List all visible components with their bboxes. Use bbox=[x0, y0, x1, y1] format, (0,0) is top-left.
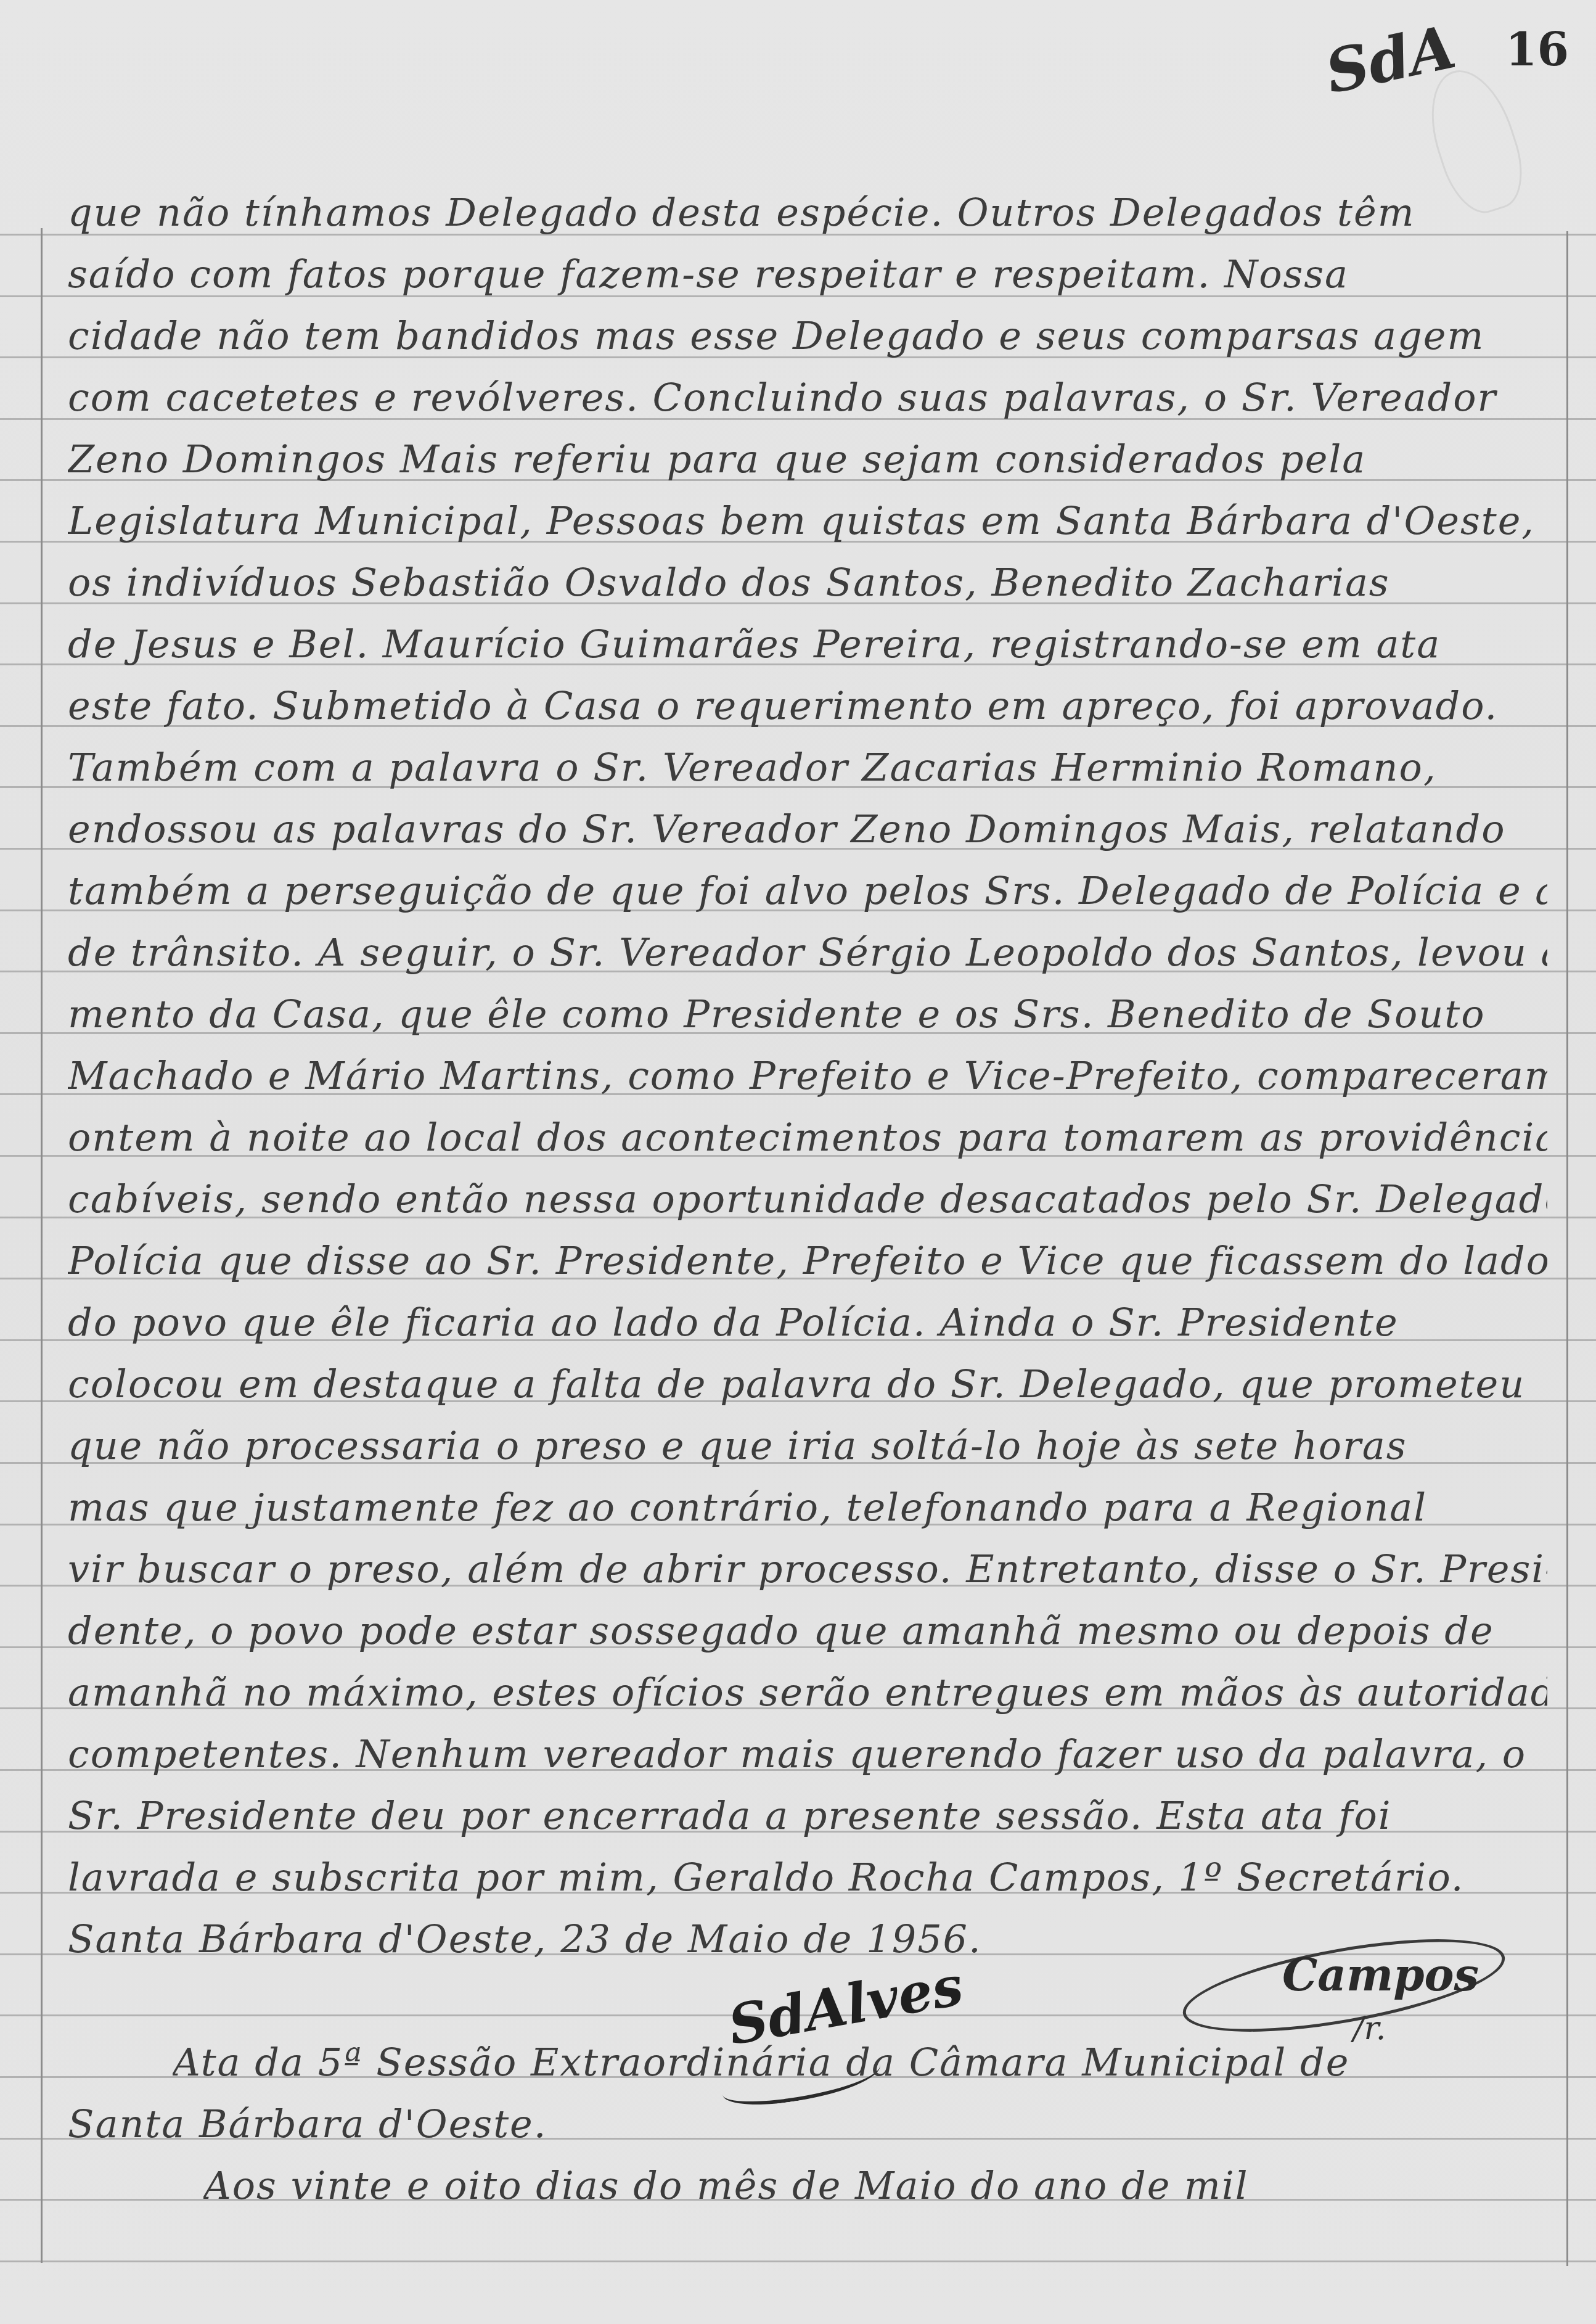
body-line: lavrada e subscrita por mim, Geraldo Roc… bbox=[68, 1853, 1547, 1902]
body-line: vir buscar o preso, além de abrir proces… bbox=[68, 1545, 1547, 1594]
body-line: Polícia que disse ao Sr. Presidente, Pre… bbox=[68, 1236, 1547, 1286]
secretary-signature: Campos bbox=[1282, 1948, 1479, 2001]
body-line: Legislatura Municipal, Pessoas bem quist… bbox=[68, 496, 1547, 546]
body-line: mas que justamente fez ao contrário, tel… bbox=[68, 1483, 1547, 1532]
right-margin-line bbox=[1566, 231, 1568, 2266]
body-line: mento da Casa, que êle como Presidente e… bbox=[68, 990, 1547, 1039]
body-line: saído com fatos porque fazem-se respeita… bbox=[68, 250, 1547, 299]
body-line: cidade não tem bandidos mas esse Delegad… bbox=[68, 311, 1547, 361]
body-line: também a perseguição de que foi alvo pel… bbox=[68, 866, 1547, 916]
body-line: este fato. Submetido à Casa o requerimen… bbox=[68, 681, 1547, 731]
page-number: 16 bbox=[1505, 23, 1569, 76]
body-line: endossou as palavras do Sr. Vereador Zen… bbox=[68, 805, 1547, 854]
body-line: ontem à noite ao local dos acontecimento… bbox=[68, 1113, 1547, 1162]
body-line: do povo que êle ficaria ao lado da Políc… bbox=[68, 1298, 1547, 1347]
body-line-date: Santa Bárbara d'Oeste, 23 de Maio de 195… bbox=[68, 1915, 1177, 1964]
next-minutes-opening: Aos vinte e oito dias do mês de Maio do … bbox=[203, 2161, 1560, 2211]
body-line: dente, o povo pode estar sossegado que a… bbox=[68, 1606, 1547, 1656]
body-line: competentes. Nenhum vereador mais queren… bbox=[68, 1730, 1547, 1779]
body-line: de trânsito. A seguir, o Sr. Vereador Sé… bbox=[68, 928, 1547, 977]
body-line: que não tínhamos Delegado desta espécie.… bbox=[68, 188, 1547, 237]
next-minutes-title-1: Ata da 5ª Sessão Extraordinária da Câmar… bbox=[173, 2038, 1560, 2087]
body-line: Também com a palavra o Sr. Vereador Zaca… bbox=[68, 743, 1547, 792]
body-line: colocou em destaque a falta de palavra d… bbox=[68, 1360, 1547, 1409]
body-line: com cacetetes e revólveres. Concluindo s… bbox=[68, 373, 1547, 422]
body-line: de Jesus e Bel. Maurício Guimarães Perei… bbox=[68, 620, 1547, 669]
ruled-line bbox=[0, 2260, 1596, 2262]
body-line: Sr. Presidente deu por encerrada a prese… bbox=[68, 1791, 1547, 1841]
document-page: SdA 16 que não tínhamos Delegado desta e… bbox=[0, 0, 1596, 2324]
body-line: Machado e Mário Martins, como Prefeito e… bbox=[68, 1051, 1547, 1101]
left-margin-line bbox=[41, 228, 43, 2263]
body-line: cabíveis, sendo então nessa oportunidade… bbox=[68, 1175, 1547, 1224]
body-line: os indivíduos Sebastião Osvaldo dos Sant… bbox=[68, 558, 1547, 607]
next-minutes-title-2: Santa Bárbara d'Oeste. bbox=[68, 2100, 1547, 2149]
body-line: que não processaria o preso e que iria s… bbox=[68, 1421, 1547, 1471]
body-line: amanhã no máximo, estes ofícios serão en… bbox=[68, 1668, 1547, 1717]
body-line: Zeno Domingos Mais referiu para que seja… bbox=[68, 435, 1547, 484]
